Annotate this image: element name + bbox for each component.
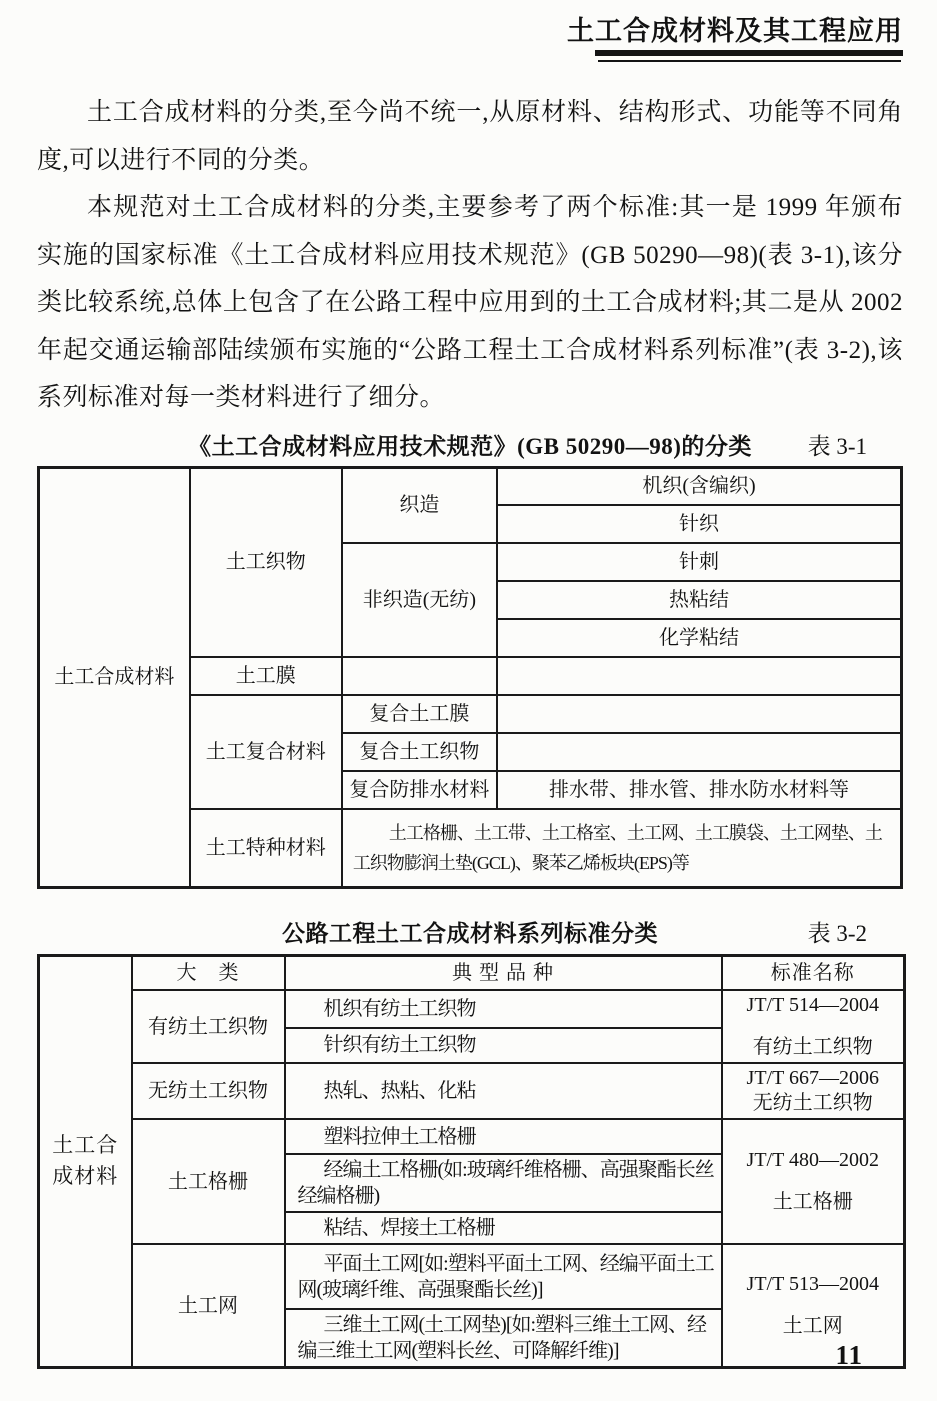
t1-woven-type-cell: 机织(含编织) xyxy=(497,467,901,505)
empty-cell xyxy=(342,657,497,695)
paragraph-2: 本规范对土工合成材料的分类,主要参考了两个标准:其一是 1999 年颁布实施的国… xyxy=(37,184,903,422)
table-row: 无纺土工织物 热轧、热粘、化粘 JT/T 667—2006 无纺土工织物 xyxy=(39,1063,905,1119)
t2-type-cell: 机织有纺土工织物 xyxy=(285,990,722,1028)
t2-type-cell: 经编土工格栅(如:玻璃纤维格栅、高强聚酯长丝经编格栅) xyxy=(285,1154,722,1212)
t1-composite-type-cell: 复合土工膜 xyxy=(342,695,497,733)
t1-drainage-products-cell: 排水带、排水管、排水防水材料等 xyxy=(497,771,901,809)
empty-cell xyxy=(497,657,901,695)
table-row: 土工格栅 塑料拉伸土工格栅 JT/T 480—2002 土工格栅 xyxy=(39,1119,905,1154)
t2-type-cell: 三维土工网(土工网垫)[如:塑料三维土工网、经编三维土工网(塑料长丝、可降解纤维… xyxy=(285,1309,722,1368)
table-row: 土工网 平面土工网[如:塑料平面土工网、经编平面土工网(玻璃纤维、高强聚酯长丝)… xyxy=(39,1244,905,1309)
t2-standard-cell: JT/T 514—2004 有纺土工织物 xyxy=(722,990,905,1063)
t2-category-cell: 有纺土工织物 xyxy=(132,990,285,1063)
table2-caption-row: 公路工程土工合成材料系列标准分类 表 3-2 xyxy=(37,919,903,949)
table1-caption: 《土工合成材料应用技术规范》(GB 50290—98)的分类 xyxy=(188,434,752,459)
header-rule-thick xyxy=(595,50,903,56)
page-header-title: 土工合成材料及其工程应用 xyxy=(567,14,903,48)
standard-name: 有纺土工织物 xyxy=(727,1035,900,1060)
standard-name: 土工格栅 xyxy=(727,1190,900,1215)
table2-caption: 公路工程土工合成材料系列标准分类 xyxy=(282,921,658,946)
standard-name: 无纺土工织物 xyxy=(727,1091,900,1116)
standard-code: JT/T 667—2006 xyxy=(727,1066,900,1091)
table-header-row: 土工合成材料 大 类 典 型 品 种 标准名称 xyxy=(39,955,905,990)
t2-type-cell: 塑料拉伸土工格栅 xyxy=(285,1119,722,1154)
t2-root-label: 土工合成材料 xyxy=(51,1130,119,1192)
t1-root-cell: 土工合成材料 xyxy=(39,467,190,887)
standard-code: JT/T 514—2004 xyxy=(727,993,900,1018)
t2-header-category: 大 类 xyxy=(132,955,285,990)
t1-composite-type-cell: 复合土工织物 xyxy=(342,733,497,771)
paragraph-1: 土工合成材料的分类,至今尚不统一,从原材料、结构形式、功能等不同角度,可以进行不… xyxy=(37,89,903,184)
standard-code: JT/T 480—2002 xyxy=(727,1148,900,1173)
t2-type-cell: 热轧、热粘、化粘 xyxy=(285,1063,722,1119)
t2-header-standard: 标准名称 xyxy=(722,955,905,990)
t2-header-types: 典 型 品 种 xyxy=(285,955,722,990)
header-rule-thin xyxy=(598,60,901,62)
table-3-2: 土工合成材料 大 类 典 型 品 种 标准名称 有纺土工织物 机织有纺土工织物 … xyxy=(37,954,906,1370)
t1-woven-type-cell: 针织 xyxy=(497,505,901,543)
t2-category-cell: 土工网 xyxy=(132,1244,285,1368)
t2-type-cell: 针织有纺土工织物 xyxy=(285,1028,722,1064)
page-number: 11 xyxy=(835,1340,863,1371)
standard-code: JT/T 513—2004 xyxy=(727,1272,900,1297)
table1-caption-row: 《土工合成材料应用技术规范》(GB 50290—98)的分类 表 3-1 xyxy=(37,432,903,462)
t1-composite-type-cell: 复合防排水材料 xyxy=(342,771,497,809)
t1-nonwoven-cell: 非织造(无纺) xyxy=(342,543,497,657)
running-head: 土工合成材料及其工程应用 xyxy=(37,14,903,62)
t2-category-cell: 土工格栅 xyxy=(132,1119,285,1244)
t2-standard-cell: JT/T 513—2004 土工网 xyxy=(722,1244,905,1368)
document-page: 土工合成材料及其工程应用 土工合成材料的分类,至今尚不统一,从原材料、结构形式、… xyxy=(0,0,937,1401)
t2-type-cell: 粘结、焊接土工格栅 xyxy=(285,1212,722,1244)
table-3-1: 土工合成材料 土工织物 织造 机织(含编织) 针织 非织造(无纺) 针刺 热粘结… xyxy=(37,466,903,889)
empty-cell xyxy=(497,733,901,771)
table-row: 有纺土工织物 机织有纺土工织物 JT/T 514—2004 有纺土工织物 xyxy=(39,990,905,1028)
t1-composite-cell: 土工复合材料 xyxy=(190,695,342,809)
table1-label: 表 3-1 xyxy=(808,432,867,462)
t2-type-cell: 平面土工网[如:塑料平面土工网、经编平面土工网(玻璃纤维、高强聚酯长丝)] xyxy=(285,1244,722,1309)
t2-standard-cell: JT/T 667—2006 无纺土工织物 xyxy=(722,1063,905,1119)
t1-nonwoven-type-cell: 热粘结 xyxy=(497,581,901,619)
t1-woven-cell: 织造 xyxy=(342,467,497,543)
empty-cell xyxy=(497,695,901,733)
table2-label: 表 3-2 xyxy=(808,919,867,949)
table-row: 土工合成材料 土工织物 织造 机织(含编织) xyxy=(39,467,902,505)
t1-special-products-cell: 土工格栅、土工带、土工格室、土工网、土工膜袋、土工网垫、土工织物膨润土垫(GCL… xyxy=(342,809,902,887)
t1-nonwoven-type-cell: 针刺 xyxy=(497,543,901,581)
t2-category-cell: 无纺土工织物 xyxy=(132,1063,285,1119)
t1-nonwoven-type-cell: 化学粘结 xyxy=(497,619,901,657)
t2-standard-cell: JT/T 480—2002 土工格栅 xyxy=(722,1119,905,1244)
t1-membrane-cell: 土工膜 xyxy=(190,657,342,695)
standard-name: 土工网 xyxy=(727,1314,900,1339)
t1-special-cell: 土工特种材料 xyxy=(190,809,342,887)
t1-geotextile-cell: 土工织物 xyxy=(190,467,342,657)
t2-root-cell: 土工合成材料 xyxy=(39,955,132,1368)
